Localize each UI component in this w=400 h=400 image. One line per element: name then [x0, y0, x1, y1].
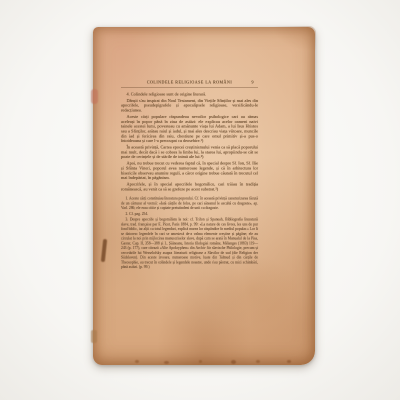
corner-shade [272, 26, 316, 52]
body-text: 4. Colindele religioase sunt de origine … [121, 92, 258, 192]
footnote-item: 3. Despre apocrife și bogomilism la noi:… [121, 217, 258, 269]
body-paragraph: Aceste cărți populare răspundeau nevoilo… [121, 114, 258, 143]
body-paragraph: 4. Colindele religioase sunt de origine … [121, 92, 258, 97]
foxing-dot [164, 361, 169, 364]
edge-notch-stain [91, 330, 97, 343]
footnote-item: 1. Aceste cărți constituiau literatura p… [121, 196, 258, 210]
running-head: COLINDELE RELIGIOASE LA ROMÂNI 9 [121, 79, 258, 87]
text-block: COLINDELE RELIGIOASE LA ROMÂNI 9 4. Coli… [121, 79, 258, 329]
body-paragraph: În această privință, Cartea epocei creșt… [121, 145, 258, 160]
header-rule [121, 88, 258, 89]
book-page: COLINDELE RELIGIOASE LA ROMÂNI 9 4. Coli… [93, 27, 315, 365]
foxing-dot [135, 360, 139, 363]
body-paragraph: Apocrifele, și în special apocrifele bog… [121, 182, 258, 192]
page-number: 9 [252, 80, 254, 85]
photo-background: COLINDELE RELIGIOASE LA ROMÂNI 9 4. Coli… [0, 0, 400, 400]
ink-streak-stain [101, 239, 107, 262]
foxing-dot [287, 360, 291, 363]
tape-stain [91, 89, 98, 104]
footnote-item: 2. Cf. pag. 254. [121, 211, 258, 216]
body-paragraph: Dânșii s'au inspirat din Noul Testament,… [121, 98, 258, 113]
running-title: COLINDELE RELIGIOASE LA ROMÂNI [121, 80, 258, 85]
foxing-dot [256, 360, 260, 363]
foxing-dot [199, 360, 202, 363]
footnotes: 1. Aceste cărți constituiau literatura p… [121, 196, 258, 269]
body-paragraph: Apoi, nu trebue trecut cu vederea faptul… [121, 161, 258, 180]
foxing-dot [231, 360, 236, 364]
